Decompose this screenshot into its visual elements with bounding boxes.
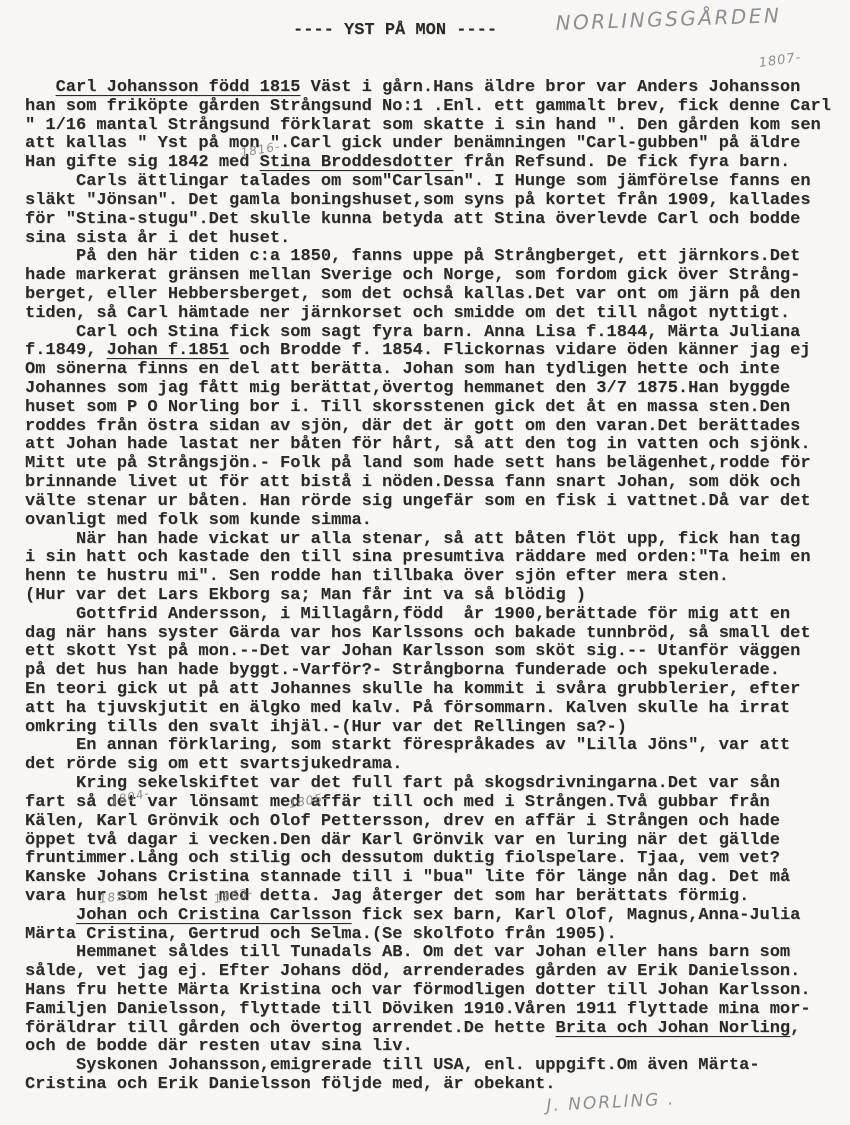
underlined-text: Johan och Cristina Carlsson: [76, 906, 351, 925]
document-line: f.1849, Johan f.1851 och Brodde f. 1854.…: [25, 342, 831, 361]
document-line: En teori gick ut på att Johannes skulle …: [25, 681, 831, 700]
document-line: fruntimmer.Lång och stilig och dessutom …: [25, 850, 831, 869]
document-line: Carl och Stina fick som sagt fyra barn. …: [25, 324, 831, 343]
document-line: att kallas " Yst på mon ".Carl gick unde…: [25, 135, 831, 154]
handwritten-farm-name: NORLINGSGÅRDEN: [555, 3, 782, 35]
document-line: Märta Cristina, Gertrud och Selma.(Se sk…: [25, 926, 831, 945]
document-line: tiden, så Carl hämtade ner järnkorset oc…: [25, 305, 831, 324]
document-line: välte stenar ur båten. Han rörde sig ung…: [25, 493, 831, 512]
document-line: Johannes som jag fått mig berättat,övert…: [25, 380, 831, 399]
document-line: hade markerat gränsen mellan Sverige och…: [25, 267, 831, 286]
document-line: och de bodde där resten utav sina liv.: [25, 1038, 831, 1057]
document-line: sålde, vet jag ej. Efter Johans död, arr…: [25, 963, 831, 982]
document-line: Cristina och Erik Danielsson följde med,…: [25, 1076, 831, 1095]
document-line: Carl Johansson född 1815 Väst i gårn.Han…: [25, 79, 831, 98]
underlined-text: Carl Johansson född 1815: [56, 78, 301, 97]
underlined-text: Brita och Johan Norling: [556, 1019, 791, 1038]
document-line: Gottfrid Andersson, i Millagårn,född år …: [25, 606, 831, 625]
document-line: Syskonen Johansson,emigrerade till USA, …: [25, 1057, 831, 1076]
document-line: Carls ättlingar talades om som"Carlsan".…: [25, 173, 831, 192]
document-line: Hans fru hette Märta Kristina och var fö…: [25, 982, 831, 1001]
document-line: " 1/16 mantal Strångsund förklarat som s…: [25, 117, 831, 136]
document-line: Johan och Cristina Carlsson fick sex bar…: [25, 907, 831, 926]
document-line: ovanligt med folk som kunde simma.: [25, 512, 831, 531]
document-line: En annan förklaring, som starkt föresprå…: [25, 737, 831, 756]
document-line: vara hur som helst med detta. Jag återge…: [25, 888, 831, 907]
document-line: för "Stina-stugu".Det skulle kunna betyd…: [25, 211, 831, 230]
document-line: sina sista år i det huset.: [25, 230, 831, 249]
handwritten-year-note-carl: 1807-: [758, 50, 802, 71]
document-line: huset som P O Norling bor i. Till skorss…: [25, 399, 831, 418]
document-line: (Hur var det Lars Ekborg sa; Man får int…: [25, 587, 831, 606]
document-line: släkt "Jönsan". Det gamla boningshuset,s…: [25, 192, 831, 211]
page-title: ---- YST PÅ MON ----: [293, 21, 497, 40]
document-line: det rörde sig om ett svartsjukedrama.: [25, 756, 831, 775]
document-line: Han gifte sig 1842 med Stina Broddesdott…: [25, 154, 831, 173]
document-line: föräldrar till gården och övertog arrend…: [25, 1020, 831, 1039]
document-line: öppet två dagar i vecken.Den där Karl Gr…: [25, 832, 831, 851]
document-line: henn te hustru mi". Sen rodde han tillba…: [25, 568, 831, 587]
underlined-text: Stina Broddesdotter: [260, 153, 454, 172]
document-line: Om sönerna finns en del att berätta. Joh…: [25, 361, 831, 380]
document-page: ---- YST PÅ MON ---- Carl Johansson född…: [0, 0, 850, 1125]
document-line: brinnande livet ut för att bistå i nöden…: [25, 474, 831, 493]
document-line: Kälen, Karl Grönvik och Olof Pettersson,…: [25, 813, 831, 832]
document-line: På den här tiden c:a 1850, fanns uppe på…: [25, 248, 831, 267]
document-line: Mitt ute på Strångsjön.- Folk på land so…: [25, 455, 831, 474]
document-line: När han hade vickat ur alla stenar, så a…: [25, 531, 831, 550]
document-line: han som friköpte gården Strångsund No:1 …: [25, 98, 831, 117]
document-line: Familjen Danielsson, flyttade till Dövik…: [25, 1001, 831, 1020]
document-line: berget, eller Hebbersberget, som det och…: [25, 286, 831, 305]
document-line: på det hus han hade byggt.-Varför?- Strå…: [25, 662, 831, 681]
document-line: dag när hans syster Gärda var hos Karlss…: [25, 625, 831, 644]
document-line: att ha tjuvskjutit en älgko med kalv. På…: [25, 700, 831, 719]
document-line: i sin hatt och kastade den till sina pre…: [25, 549, 831, 568]
document-line: Kanske Johans Cristina stannade till i "…: [25, 869, 831, 888]
underlined-text: Johan f.1851: [107, 341, 229, 360]
document-line: att Johan hade lastat ner båten för hårt…: [25, 436, 831, 455]
document-text: Carl Johansson född 1815 Väst i gårn.Han…: [25, 79, 831, 1095]
document-line: omkring tills den svalt ihjäl.-(Hur var …: [25, 719, 831, 738]
document-line: Hemmanet såldes till Tunadals AB. Om det…: [25, 944, 831, 963]
document-line: roddes från östra sidan av sjön, där det…: [25, 418, 831, 437]
document-line: ett skott Yst på mon.--Det var Johan Kar…: [25, 643, 831, 662]
